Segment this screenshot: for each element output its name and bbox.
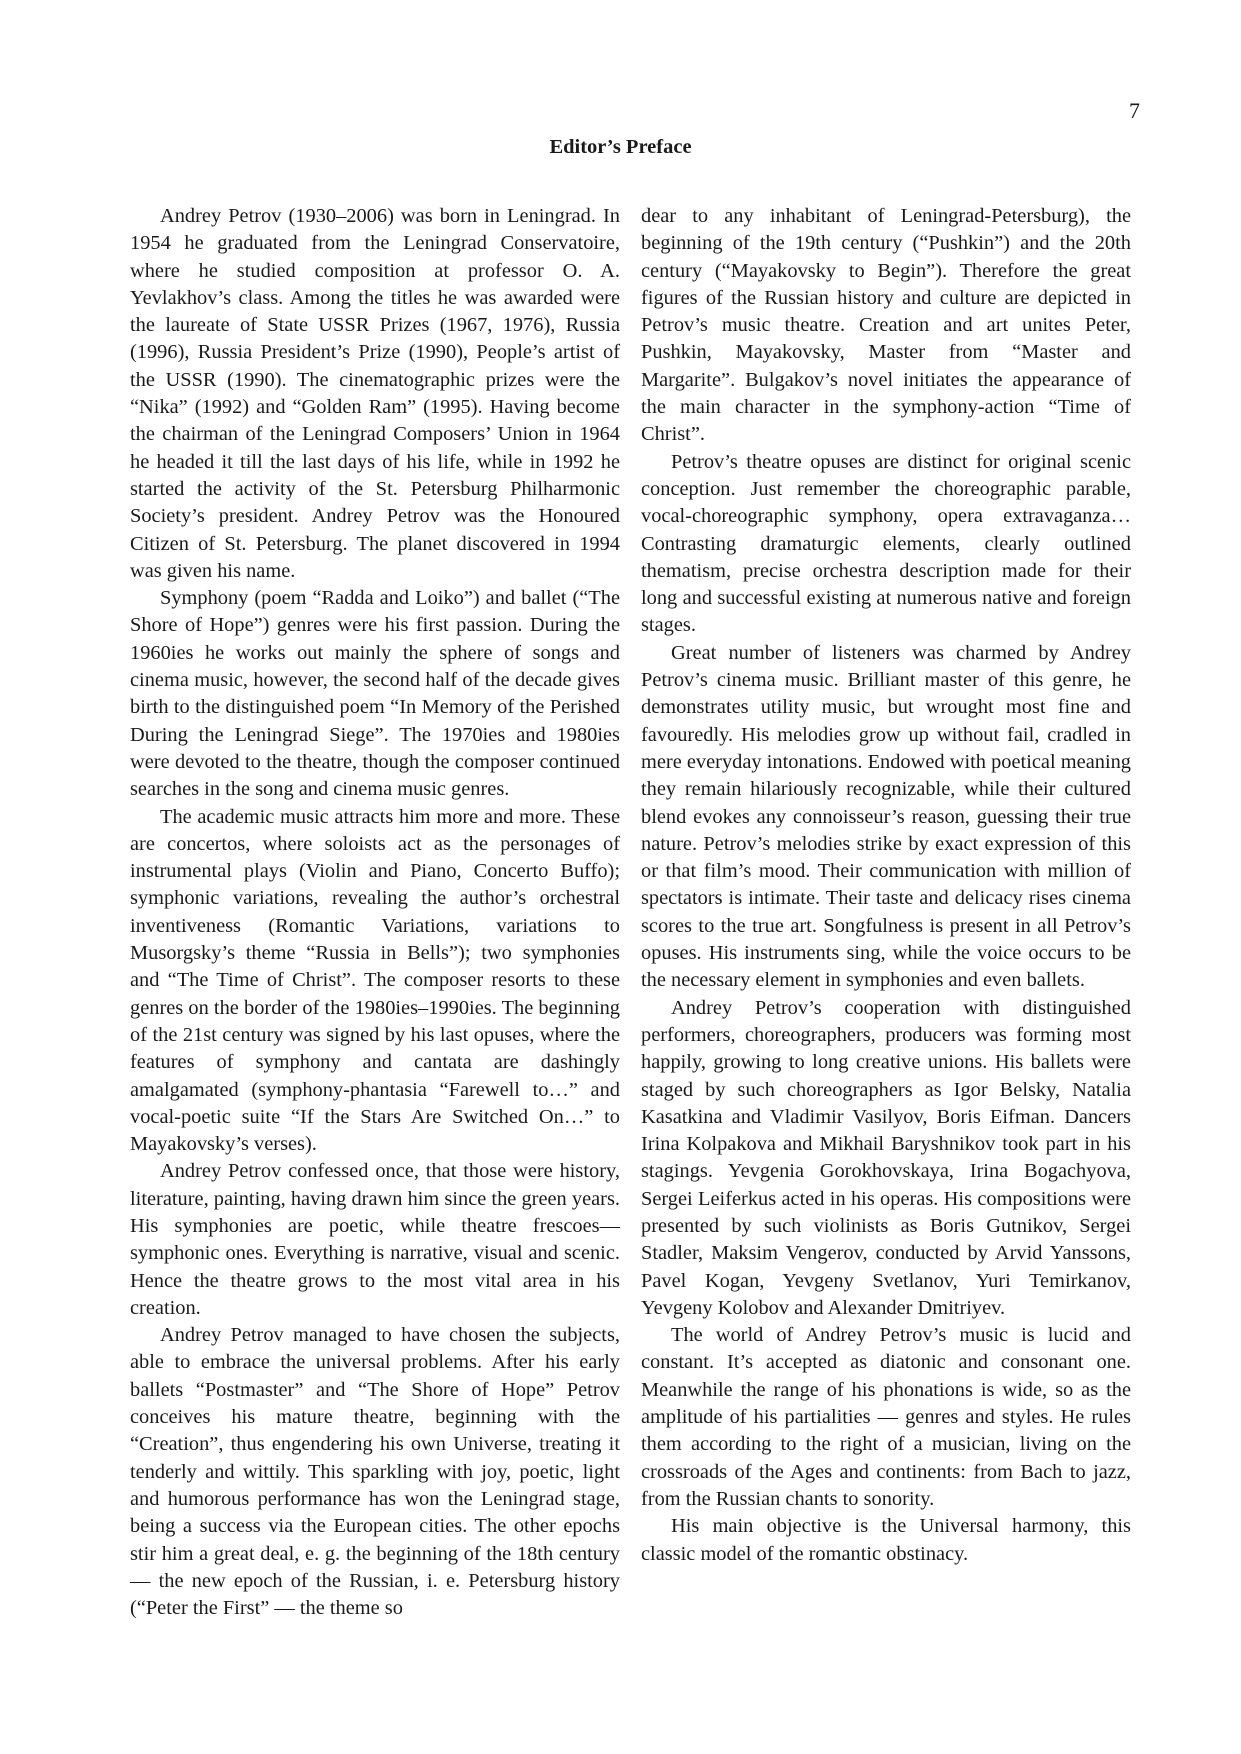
paragraph-subjects: Andrey Petrov managed to have chosen the… xyxy=(130,1322,620,1622)
paragraph-world-of-music: The world of Andrey Petrov’s music is lu… xyxy=(641,1322,1131,1513)
paragraph-early-genres: Symphony (poem “Radda and Loiko”) and ba… xyxy=(130,585,620,803)
paragraph-theatre-opuses: Petrov’s theatre opuses are distinct for… xyxy=(641,449,1131,640)
page-title: Editor’s Preface xyxy=(0,134,1241,160)
paragraph-birth-and-awards: Andrey Petrov (1930–2006) was born in Le… xyxy=(130,203,620,585)
paragraph-cinema-music: Great number of listeners was charmed by… xyxy=(641,640,1131,995)
paragraph-academic-music: The academic music attracts him more and… xyxy=(130,804,620,1159)
right-column: dear to any inhabitant of Leningrad-Pete… xyxy=(641,203,1131,1568)
paragraph-continued: dear to any inhabitant of Leningrad-Pete… xyxy=(641,203,1131,449)
paragraph-main-objective: His main objective is the Universal harm… xyxy=(641,1513,1131,1568)
paragraph-confession: Andrey Petrov confessed once, that those… xyxy=(130,1158,620,1322)
page-number: 7 xyxy=(1129,98,1140,124)
paragraph-cooperation: Andrey Petrov’s cooperation with disting… xyxy=(641,995,1131,1323)
left-column: Andrey Petrov (1930–2006) was born in Le… xyxy=(130,203,620,1622)
